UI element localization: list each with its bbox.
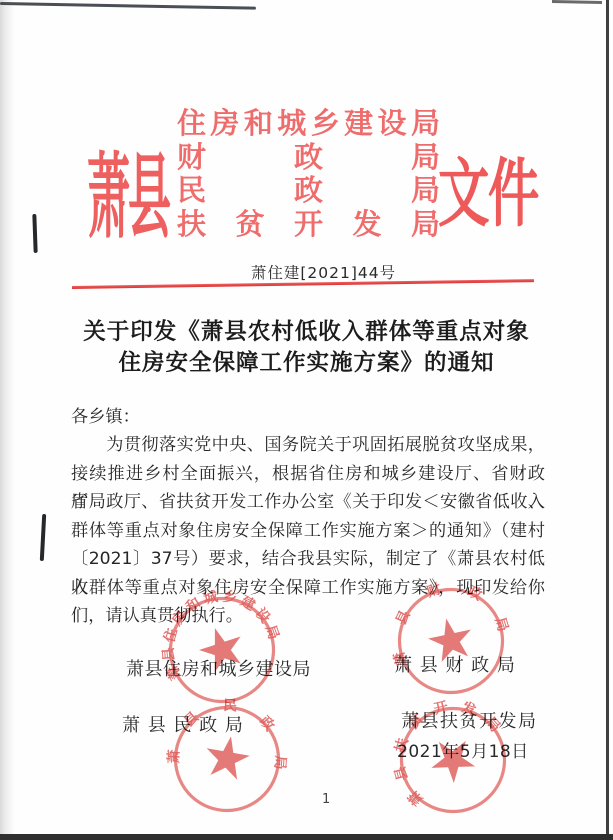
body-text-line: 为贯彻落实党中央、国务院关于巩固拓展脱贫攻坚成果， [71, 431, 545, 459]
dept-line-finance: 财政局 [177, 141, 440, 175]
official-seal-finance-bureau: 萧县财政局 [385, 575, 517, 707]
scanned-document-page: 萧县 住房和城乡建设局 财政局 民政局 扶贫开发局 文件 萧住建[2021]44… [0, 0, 613, 840]
document-title-line2: 住房安全保障工作实施方案》的通知 [0, 348, 613, 379]
scan-left-edge-shadow [0, 0, 15, 840]
dept-line-poverty-alleviation: 扶贫开发局 [177, 208, 440, 242]
official-seal-civil-affairs-bureau: 萧县民政局 [161, 693, 293, 825]
binding-mark [40, 514, 46, 561]
page-number: 1 [322, 792, 330, 807]
body-text-line: 群体等重点对象住房安全保障工作实施方案＞的通知》（建村 [71, 517, 545, 545]
scan-bottom-edge-line [0, 834, 613, 840]
official-seal-poverty-alleviation-bureau: 萧县扶贫开发局 [387, 694, 519, 826]
document-title-line1: 关于印发《萧县农村低收入群体等重点对象 [0, 317, 613, 348]
county-name: 萧县 [87, 126, 169, 257]
document-title: 关于印发《萧县农村低收入群体等重点对象 住房安全保障工作实施方案》的通知 [0, 317, 613, 379]
salutation: 各乡镇： [71, 403, 545, 431]
body-text-line: 〔2021〕37号）要求，结合我县实际，制定了《萧县农村低收 [71, 545, 545, 573]
body-text-line: 省局政厅、省扶贫开发工作办公室《关于印发＜安徽省低收入 [71, 488, 545, 516]
scan-top-edge-line [0, 2, 256, 10]
department-name-block: 住房和城乡建设局 财政局 民政局 扶贫开发局 [177, 107, 440, 241]
body-text-line: 接续推进乡村全面振兴，根据省住房和城乡建设厅、省财政厅、 [71, 460, 545, 488]
document-type-label: 文件 [438, 134, 538, 240]
dept-line-housing: 住房和城乡建设局 [177, 107, 440, 141]
scan-right-edge-line [606, 0, 609, 840]
scan-top-right-edge-line [552, 0, 602, 4]
dept-line-civil-affairs: 民政局 [177, 174, 440, 208]
binding-mark [32, 214, 37, 253]
